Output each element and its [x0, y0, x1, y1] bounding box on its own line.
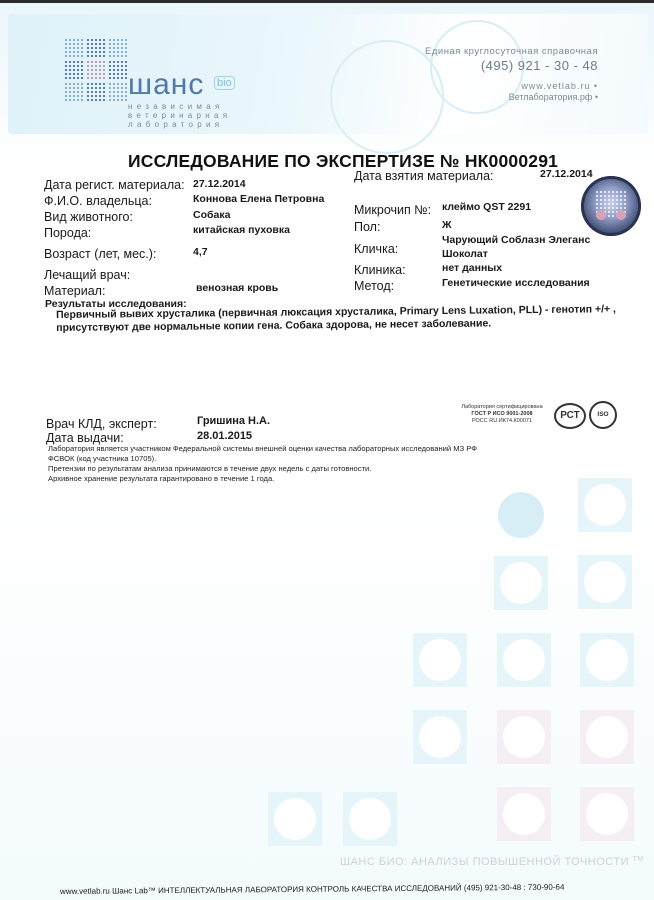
cert-number: РОСС RU.ИК74.К00071 [452, 418, 552, 425]
watermark-tile [578, 478, 632, 532]
watermark-tile [578, 555, 632, 609]
footer-slogan: ШАНС БИО: АНАЛИЗЫ ПОВЫШЕННОЙ ТОЧНОСТИ TM [340, 856, 644, 868]
field-value-reg-date: 27.12.2014 [193, 178, 246, 190]
watermark-tile [497, 787, 551, 841]
field-value-sample-date: 27.12.2014 [540, 168, 593, 180]
field-label-sex: Пол: [354, 220, 380, 234]
note-line: Претензии по результатам анализа принима… [48, 464, 371, 473]
field-label-clinic: Клиника: [354, 263, 406, 277]
contact-block: Единая круглосуточная справочная (495) 9… [425, 46, 598, 102]
logo-subtitle-line: лаборатория [128, 120, 231, 129]
field-label-material: Материал: [44, 284, 105, 298]
field-label-doctor: Лечащий врач: [44, 268, 130, 282]
watermark-tile [494, 556, 548, 610]
field-value-age: 4,7 [193, 246, 208, 258]
issue-date-value: 28.01.2015 [197, 430, 252, 442]
scan-edge [0, 0, 654, 3]
watermark-tile [497, 633, 551, 687]
field-label-age: Возраст (лет, мес.): [44, 247, 156, 261]
website-link[interactable]: www.vetlab.ru [521, 81, 598, 91]
expert-label: Врач КЛД, эксперт: [46, 417, 157, 431]
logo-subtitle-line: ветеринарная [128, 111, 231, 120]
watermark-tile [580, 710, 634, 764]
field-label-name: Кличка: [354, 242, 398, 256]
logo-bio-badge: bio [214, 76, 235, 90]
iso-mark-icon: ISO [589, 401, 617, 429]
note-line: ФСВОК (код участника 10705). [48, 454, 156, 463]
watermark-tile [580, 633, 634, 687]
logo-subtitle: независимая ветеринарная лаборатория [128, 102, 231, 129]
field-label-owner: Ф.И.О. владельца: [44, 194, 152, 208]
trademark-mark: TM [633, 856, 644, 863]
field-label-microchip: Микрочип №: [354, 203, 431, 217]
logo-subtitle-line: независимая [128, 102, 231, 111]
hotline-phone: (495) 921 - 30 - 48 [425, 58, 598, 73]
hotline-label: Единая круглосуточная справочная [425, 46, 598, 57]
note-line: Лаборатория является участником Федераль… [48, 444, 477, 453]
field-value-name-line2: Шоколат [442, 248, 488, 260]
field-value-owner: Коннова Елена Петровна [193, 193, 324, 205]
field-value-microchip: клеймо QST 2291 [442, 201, 531, 213]
certification-block: Лаборатория сертифицирована ГОСТ Р ИСО 9… [452, 404, 552, 425]
field-value-name: Чарующий Соблазн Элеганс [442, 234, 590, 246]
field-value-species: Собака [193, 209, 230, 221]
field-value-clinic: нет данных [442, 262, 502, 274]
field-label-reg-date: Дата регист. материала: [44, 178, 185, 192]
field-value-breed: китайская пуховка [193, 224, 290, 236]
issue-date-label: Дата выдачи: [46, 431, 124, 445]
field-label-breed: Порода: [44, 226, 91, 240]
note-line: Архивное хранение результата гарантирова… [48, 474, 274, 483]
field-value-sex: Ж [442, 219, 452, 231]
cert-line: Лаборатория сертифицирована [452, 404, 552, 411]
lab-report-page: шанс bio независимая ветеринарная лабора… [0, 0, 654, 900]
watermark-tile [498, 492, 544, 538]
watermark-tile [413, 710, 467, 764]
footer-slogan-text: ШАНС БИО: АНАЛИЗЫ ПОВЫШЕННОЙ ТОЧНОСТИ [340, 856, 629, 868]
field-value-material: венозная кровь [196, 282, 278, 294]
rst-mark-icon: РСТ [554, 403, 586, 429]
watermark-tile [413, 633, 467, 687]
field-value-method: Генетические исследования [442, 277, 590, 289]
watermark-tile [497, 710, 551, 764]
field-label-sample-date: Дата взятия материала: [354, 169, 494, 183]
field-label-species: Вид животного: [44, 210, 133, 224]
watermark-tile [268, 792, 322, 846]
results-text: Первичный вывих хрусталика (первичная лю… [56, 303, 616, 335]
field-label-method: Метод: [354, 279, 394, 293]
watermark-tile [580, 787, 634, 841]
website-alt-link[interactable]: Ветлаборатория.рф [509, 92, 598, 102]
logo-name: шанс [128, 68, 204, 102]
expert-value: Гришина Н.А. [197, 415, 270, 427]
footer-bottom-line: www.vetlab.ru Шанс Lab™ ИНТЕЛЛЕКТУАЛЬНАЯ… [60, 883, 564, 896]
cert-standard: ГОСТ Р ИСО 9001-2008 [452, 411, 552, 418]
watermark-tile [343, 792, 397, 846]
hologram-seal-icon [581, 176, 641, 236]
document-title: ИССЛЕДОВАНИЕ ПО ЭКСПЕРТИЗЕ № НК0000291 [128, 151, 558, 172]
plus-dots-logo-icon [64, 38, 128, 102]
